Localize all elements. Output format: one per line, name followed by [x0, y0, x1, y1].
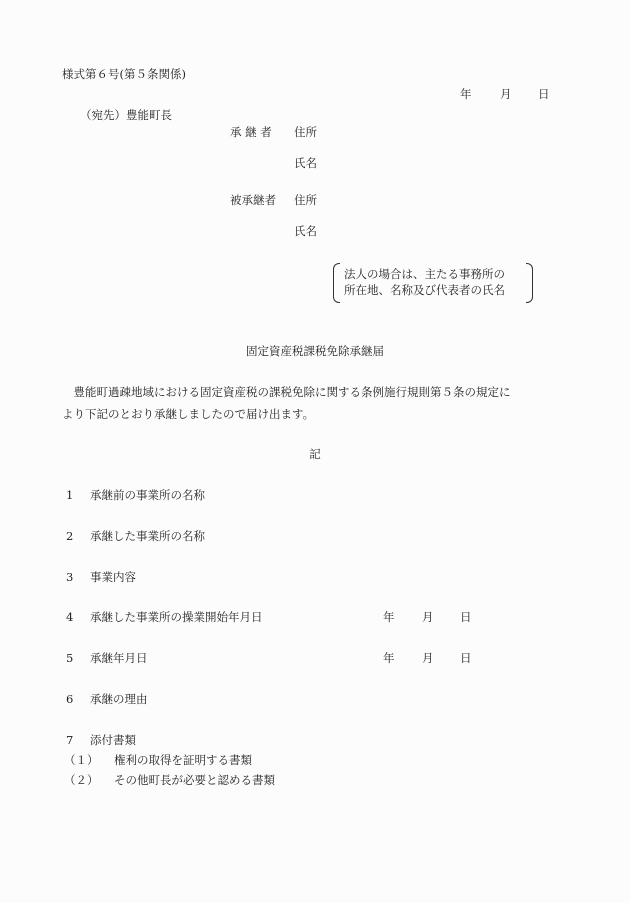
- attachment-2-number: （２）: [64, 773, 99, 787]
- date-day-label: 日: [538, 87, 550, 101]
- item-5-label: 承継年月日: [90, 651, 148, 665]
- item-7-number: 7: [66, 733, 73, 747]
- addressee: （宛先）豊能町長: [80, 108, 172, 122]
- item-4-label: 承継した事業所の操業開始年月日: [90, 610, 263, 624]
- corporate-note: 法人の場合は、主たる事務所の 所在地、名称及び代表者の氏名: [333, 263, 533, 301]
- item-5-number: 5: [66, 651, 73, 665]
- predecessor-label: 被承継者: [230, 193, 276, 207]
- item-6-number: 6: [66, 692, 73, 706]
- corporate-note-text: 法人の場合は、主たる事務所の 所在地、名称及び代表者の氏名: [344, 266, 505, 298]
- body-line2: より下記のとおり承継しましたので届け出ます。: [62, 403, 572, 425]
- date-year-label: 年: [460, 87, 472, 101]
- item-2-number: 2: [66, 529, 73, 543]
- form-number: 様式第６号(第５条関係): [62, 67, 186, 81]
- corporate-note-line1: 法人の場合は、主たる事務所の: [344, 266, 505, 282]
- item-1-label: 承継前の事業所の名称: [90, 488, 205, 502]
- ki-label: 記: [0, 447, 630, 461]
- item-5-day: 日: [460, 651, 472, 665]
- attachment-1-number: （１）: [64, 753, 99, 767]
- body-text: 豊能町過疎地域における固定資産税の課税免除に関する条例施行規則第５条の規定に よ…: [62, 381, 572, 425]
- document-title: 固定資産税課税免除承継届: [0, 344, 630, 358]
- corporate-note-line2: 所在地、名称及び代表者の氏名: [344, 282, 505, 298]
- item-3-label: 事業内容: [90, 570, 136, 584]
- left-bracket: [333, 263, 340, 303]
- item-4-month: 月: [422, 610, 434, 624]
- item-6-label: 承継の理由: [90, 692, 148, 706]
- successor-label: 承 継 者: [230, 125, 272, 139]
- predecessor-address-label: 住所: [294, 193, 317, 207]
- right-bracket: [526, 263, 533, 303]
- date-month-label: 月: [500, 87, 512, 101]
- item-1-number: 1: [66, 488, 73, 502]
- body-line1: 豊能町過疎地域における固定資産税の課税免除に関する条例施行規則第５条の規定に: [62, 381, 572, 403]
- item-4-number: 4: [66, 610, 73, 624]
- predecessor-name-label: 氏名: [294, 224, 317, 238]
- item-7-label: 添付書類: [90, 733, 136, 747]
- item-5-year: 年: [383, 651, 395, 665]
- item-3-number: 3: [66, 570, 73, 584]
- item-4-day: 日: [460, 610, 472, 624]
- item-4-year: 年: [383, 610, 395, 624]
- item-5-month: 月: [422, 651, 434, 665]
- attachment-1-label: 権利の取得を証明する書類: [114, 753, 252, 767]
- item-2-label: 承継した事業所の名称: [90, 529, 205, 543]
- successor-name-label: 氏名: [294, 156, 317, 170]
- attachment-2-label: その他町長が必要と認める書類: [114, 773, 275, 787]
- successor-address-label: 住所: [294, 125, 317, 139]
